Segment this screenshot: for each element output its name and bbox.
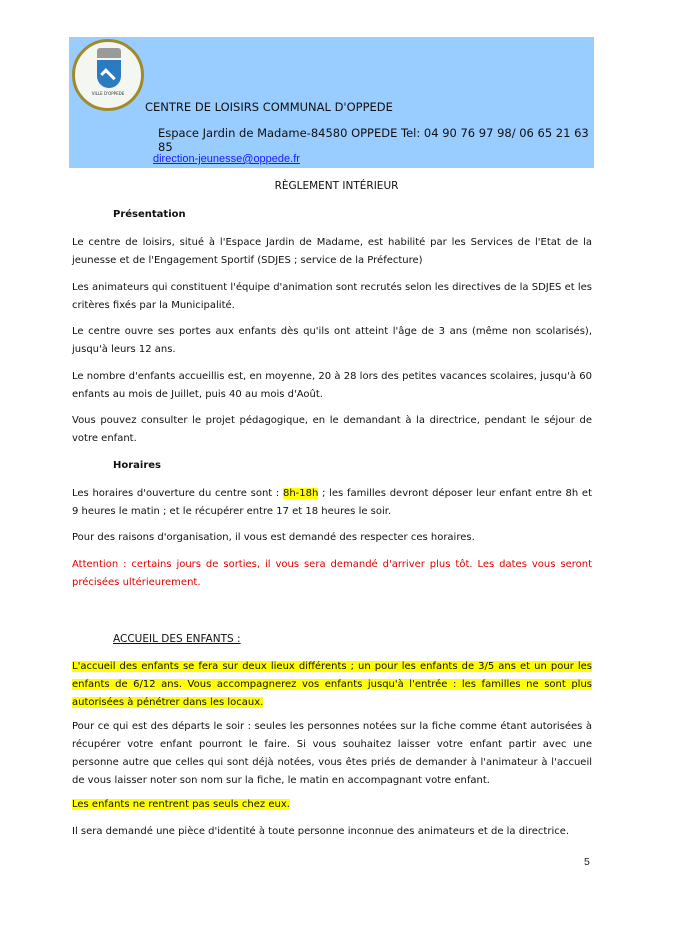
paragraph: Le centre ouvre ses portes aux enfants d… (72, 323, 592, 359)
paragraph: Les animateurs qui constituent l'équipe … (72, 279, 592, 315)
highlighted-text: L'accueil des enfants se fera sur deux l… (72, 661, 592, 708)
highlighted-hours: 8h-18h (283, 488, 318, 499)
organization-name: CENTRE DE LOISIRS COMMUNAL D'OPPEDE (145, 100, 393, 114)
warning-paragraph: Attention : certains jours de sorties, i… (72, 556, 592, 592)
page-number: 5 (584, 856, 590, 868)
paragraph: Pour des raisons d'organisation, il vous… (72, 529, 592, 547)
paragraph: Vous pouvez consulter le projet pédagogi… (72, 412, 592, 448)
paragraph: Il sera demandé une pièce d'identité à t… (72, 823, 592, 841)
heading-presentation: Présentation (113, 209, 186, 220)
document-title: RÈGLEMENT INTÉRIEUR (0, 180, 673, 192)
text: Les horaires d'ouverture du centre sont … (72, 488, 283, 499)
paragraph: Le nombre d'enfants accueillis est, en m… (72, 368, 592, 404)
highlighted-paragraph: L'accueil des enfants se fera sur deux l… (72, 658, 592, 712)
logo-caption: VILLE D'OPPEDE (75, 91, 141, 96)
paragraph-hours: Les horaires d'ouverture du centre sont … (72, 485, 592, 521)
town-crest-logo: VILLE D'OPPEDE (72, 39, 144, 111)
heading-accueil: ACCUEIL DES ENFANTS : (113, 633, 241, 645)
letterhead: VILLE D'OPPEDE CENTRE DE LOISIRS COMMUNA… (69, 37, 594, 168)
highlighted-paragraph: Les enfants ne rentrent pas seuls chez e… (72, 796, 592, 814)
email-link[interactable]: direction-jeunesse@oppede.fr (153, 153, 300, 165)
address-phone: Espace Jardin de Madame-84580 OPPEDE Tel… (158, 126, 594, 154)
crown-icon (97, 48, 121, 58)
paragraph: Le centre de loisirs, situé à l'Espace J… (72, 234, 592, 270)
shield-icon (97, 60, 121, 88)
heading-horaires: Horaires (113, 460, 161, 471)
highlighted-text: Les enfants ne rentrent pas seuls chez e… (72, 799, 290, 810)
paragraph: Pour ce qui est des départs le soir : se… (72, 718, 592, 790)
